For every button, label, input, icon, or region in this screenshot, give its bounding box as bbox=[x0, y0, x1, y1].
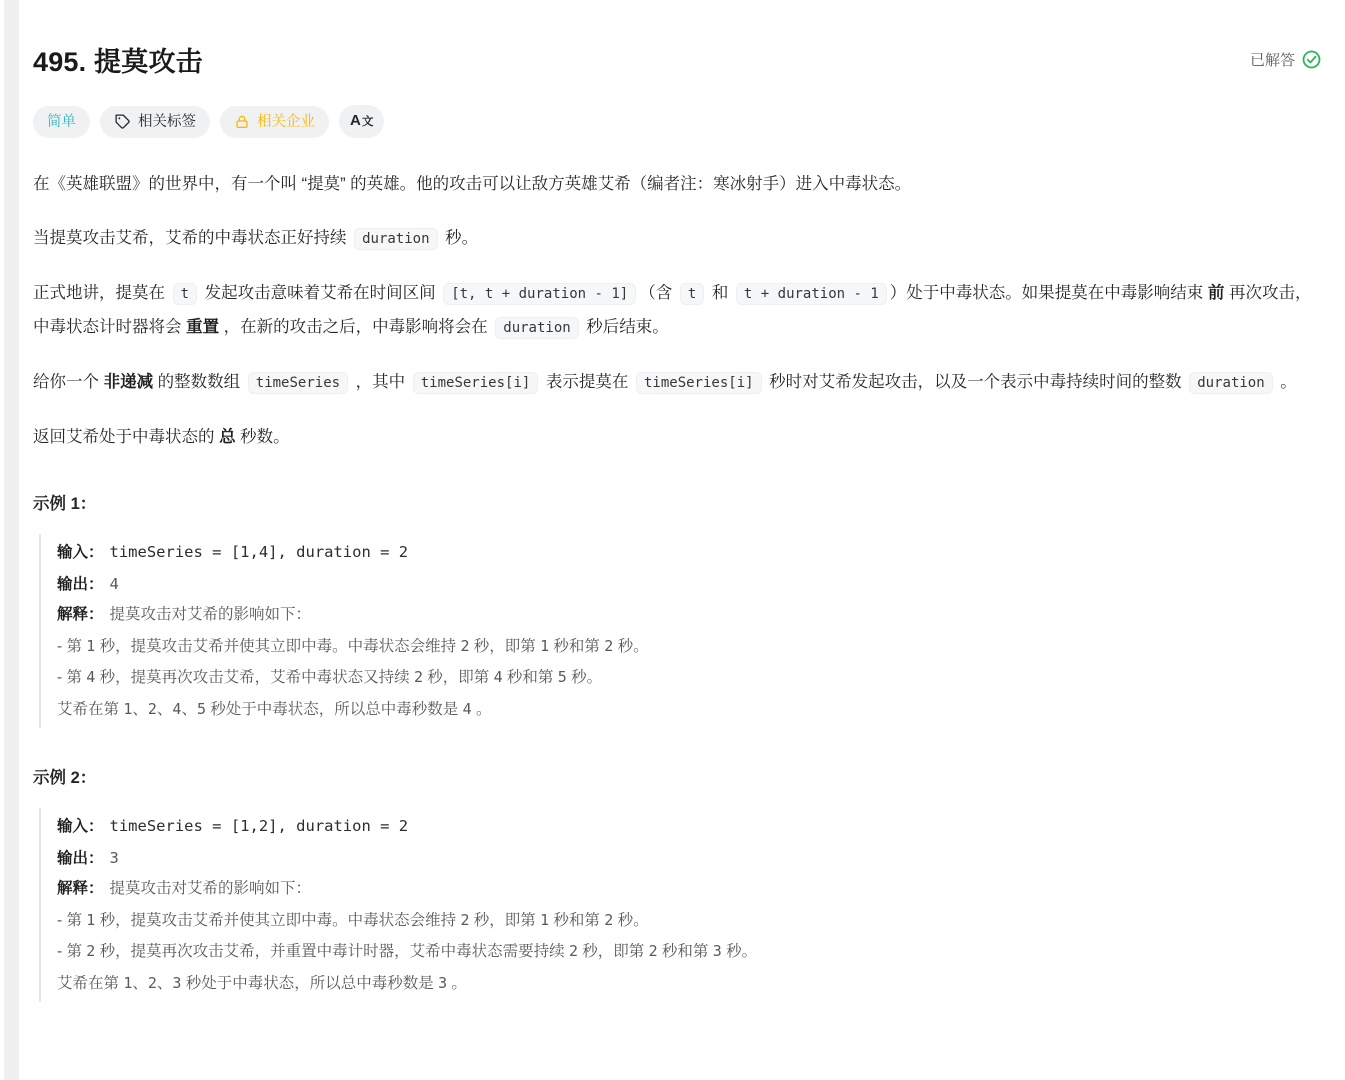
related-tags-button[interactable]: 相关标签 bbox=[100, 106, 210, 138]
statement-paragraph: 返回艾希处于中毒状态的 总 秒数。 bbox=[33, 421, 1321, 454]
translate-icon: A文 bbox=[350, 111, 373, 132]
related-companies-button[interactable]: 相关企业 bbox=[220, 106, 329, 138]
lock-icon bbox=[234, 114, 250, 130]
inline-code: timeSeries bbox=[248, 372, 348, 394]
statement-paragraph: 当提莫攻击艾希，艾希的中毒状态正好持续 duration 秒。 bbox=[33, 222, 1321, 256]
problem-title: 495. 提莫攻击 bbox=[33, 40, 203, 79]
problem-description-panel: 495. 提莫攻击 已解答 简单 相关标签 bbox=[19, 0, 1345, 1042]
example-line: 艾希在第 1、2、4、5 秒处于中毒状态，所以总中毒秒数是 4 。 bbox=[57, 694, 1321, 726]
inline-code: timeSeries[i] bbox=[413, 372, 539, 394]
example-line: - 第 1 秒，提莫攻击艾希并使其立即中毒。中毒状态会维持 2 秒，即第 1 秒… bbox=[57, 905, 1321, 937]
example-block: 输入：timeSeries = [1,4], duration = 2输出：4解… bbox=[39, 534, 1321, 728]
example-section-2: 示例 2： 输入：timeSeries = [1,2], duration = … bbox=[33, 764, 1321, 1002]
inline-code: t bbox=[680, 283, 704, 305]
example-line: 输出：4 bbox=[57, 569, 1321, 601]
badge-row: 简单 相关标签 相关企业 A文 bbox=[33, 105, 1321, 138]
example-heading: 示例 1： bbox=[33, 490, 1321, 514]
check-circle-icon bbox=[1302, 50, 1321, 69]
inline-code: duration bbox=[354, 228, 437, 250]
related-companies-label: 相关企业 bbox=[257, 112, 315, 132]
example-line: 输出：3 bbox=[57, 843, 1321, 875]
related-tags-label: 相关标签 bbox=[138, 112, 196, 132]
example-line: 解释：提莫攻击对艾希的影响如下： bbox=[57, 600, 1321, 631]
statement-paragraph: 在《英雄联盟》的世界中，有一个叫 “提莫” 的英雄。他的攻击可以让敌方英雄艾希（… bbox=[33, 168, 1321, 201]
example-line: - 第 4 秒，提莫再次攻击艾希，艾希中毒状态又持续 2 秒，即第 4 秒和第 … bbox=[57, 662, 1321, 694]
inline-code: [t, t + duration - 1] bbox=[443, 283, 636, 305]
difficulty-label: 简单 bbox=[47, 112, 76, 132]
inline-code: duration bbox=[1189, 372, 1272, 394]
example-line: - 第 2 秒，提莫再次攻击艾希，并重置中毒计时器，艾希中毒状态需要持续 2 秒… bbox=[57, 936, 1321, 968]
difficulty-badge: 简单 bbox=[33, 106, 90, 138]
solved-status: 已解答 bbox=[1250, 49, 1321, 70]
inline-code: timeSeries[i] bbox=[636, 372, 762, 394]
inline-code: duration bbox=[495, 317, 578, 339]
example-line: 输入：timeSeries = [1,4], duration = 2 bbox=[57, 537, 1321, 569]
problem-header: 495. 提莫攻击 已解答 bbox=[33, 40, 1321, 79]
statement-paragraph: 正式地讲，提莫在 t 发起攻击意味着艾希在时间区间 [t, t + durati… bbox=[33, 277, 1321, 345]
problem-statement: 在《英雄联盟》的世界中，有一个叫 “提莫” 的英雄。他的攻击可以让敌方英雄艾希（… bbox=[33, 168, 1321, 454]
example-line: 输入：timeSeries = [1,2], duration = 2 bbox=[57, 811, 1321, 843]
translate-toggle-button[interactable]: A文 bbox=[339, 105, 384, 138]
inline-code: t + duration - 1 bbox=[736, 283, 887, 305]
tag-icon bbox=[114, 113, 131, 130]
statement-paragraph: 给你一个 非递减 的整数数组 timeSeries ，其中 timeSeries… bbox=[33, 366, 1321, 400]
inline-code: t bbox=[173, 283, 197, 305]
example-line: - 第 1 秒，提莫攻击艾希并使其立即中毒。中毒状态会维持 2 秒，即第 1 秒… bbox=[57, 631, 1321, 663]
example-block: 输入：timeSeries = [1,2], duration = 2输出：3解… bbox=[39, 808, 1321, 1002]
solved-label: 已解答 bbox=[1250, 49, 1295, 70]
example-line: 艾希在第 1、2、3 秒处于中毒状态，所以总中毒秒数是 3 。 bbox=[57, 968, 1321, 1000]
panel-gutter bbox=[4, 0, 19, 1080]
example-line: 解释：提莫攻击对艾希的影响如下： bbox=[57, 874, 1321, 905]
example-heading: 示例 2： bbox=[33, 764, 1321, 788]
example-section-1: 示例 1： 输入：timeSeries = [1,4], duration = … bbox=[33, 490, 1321, 728]
